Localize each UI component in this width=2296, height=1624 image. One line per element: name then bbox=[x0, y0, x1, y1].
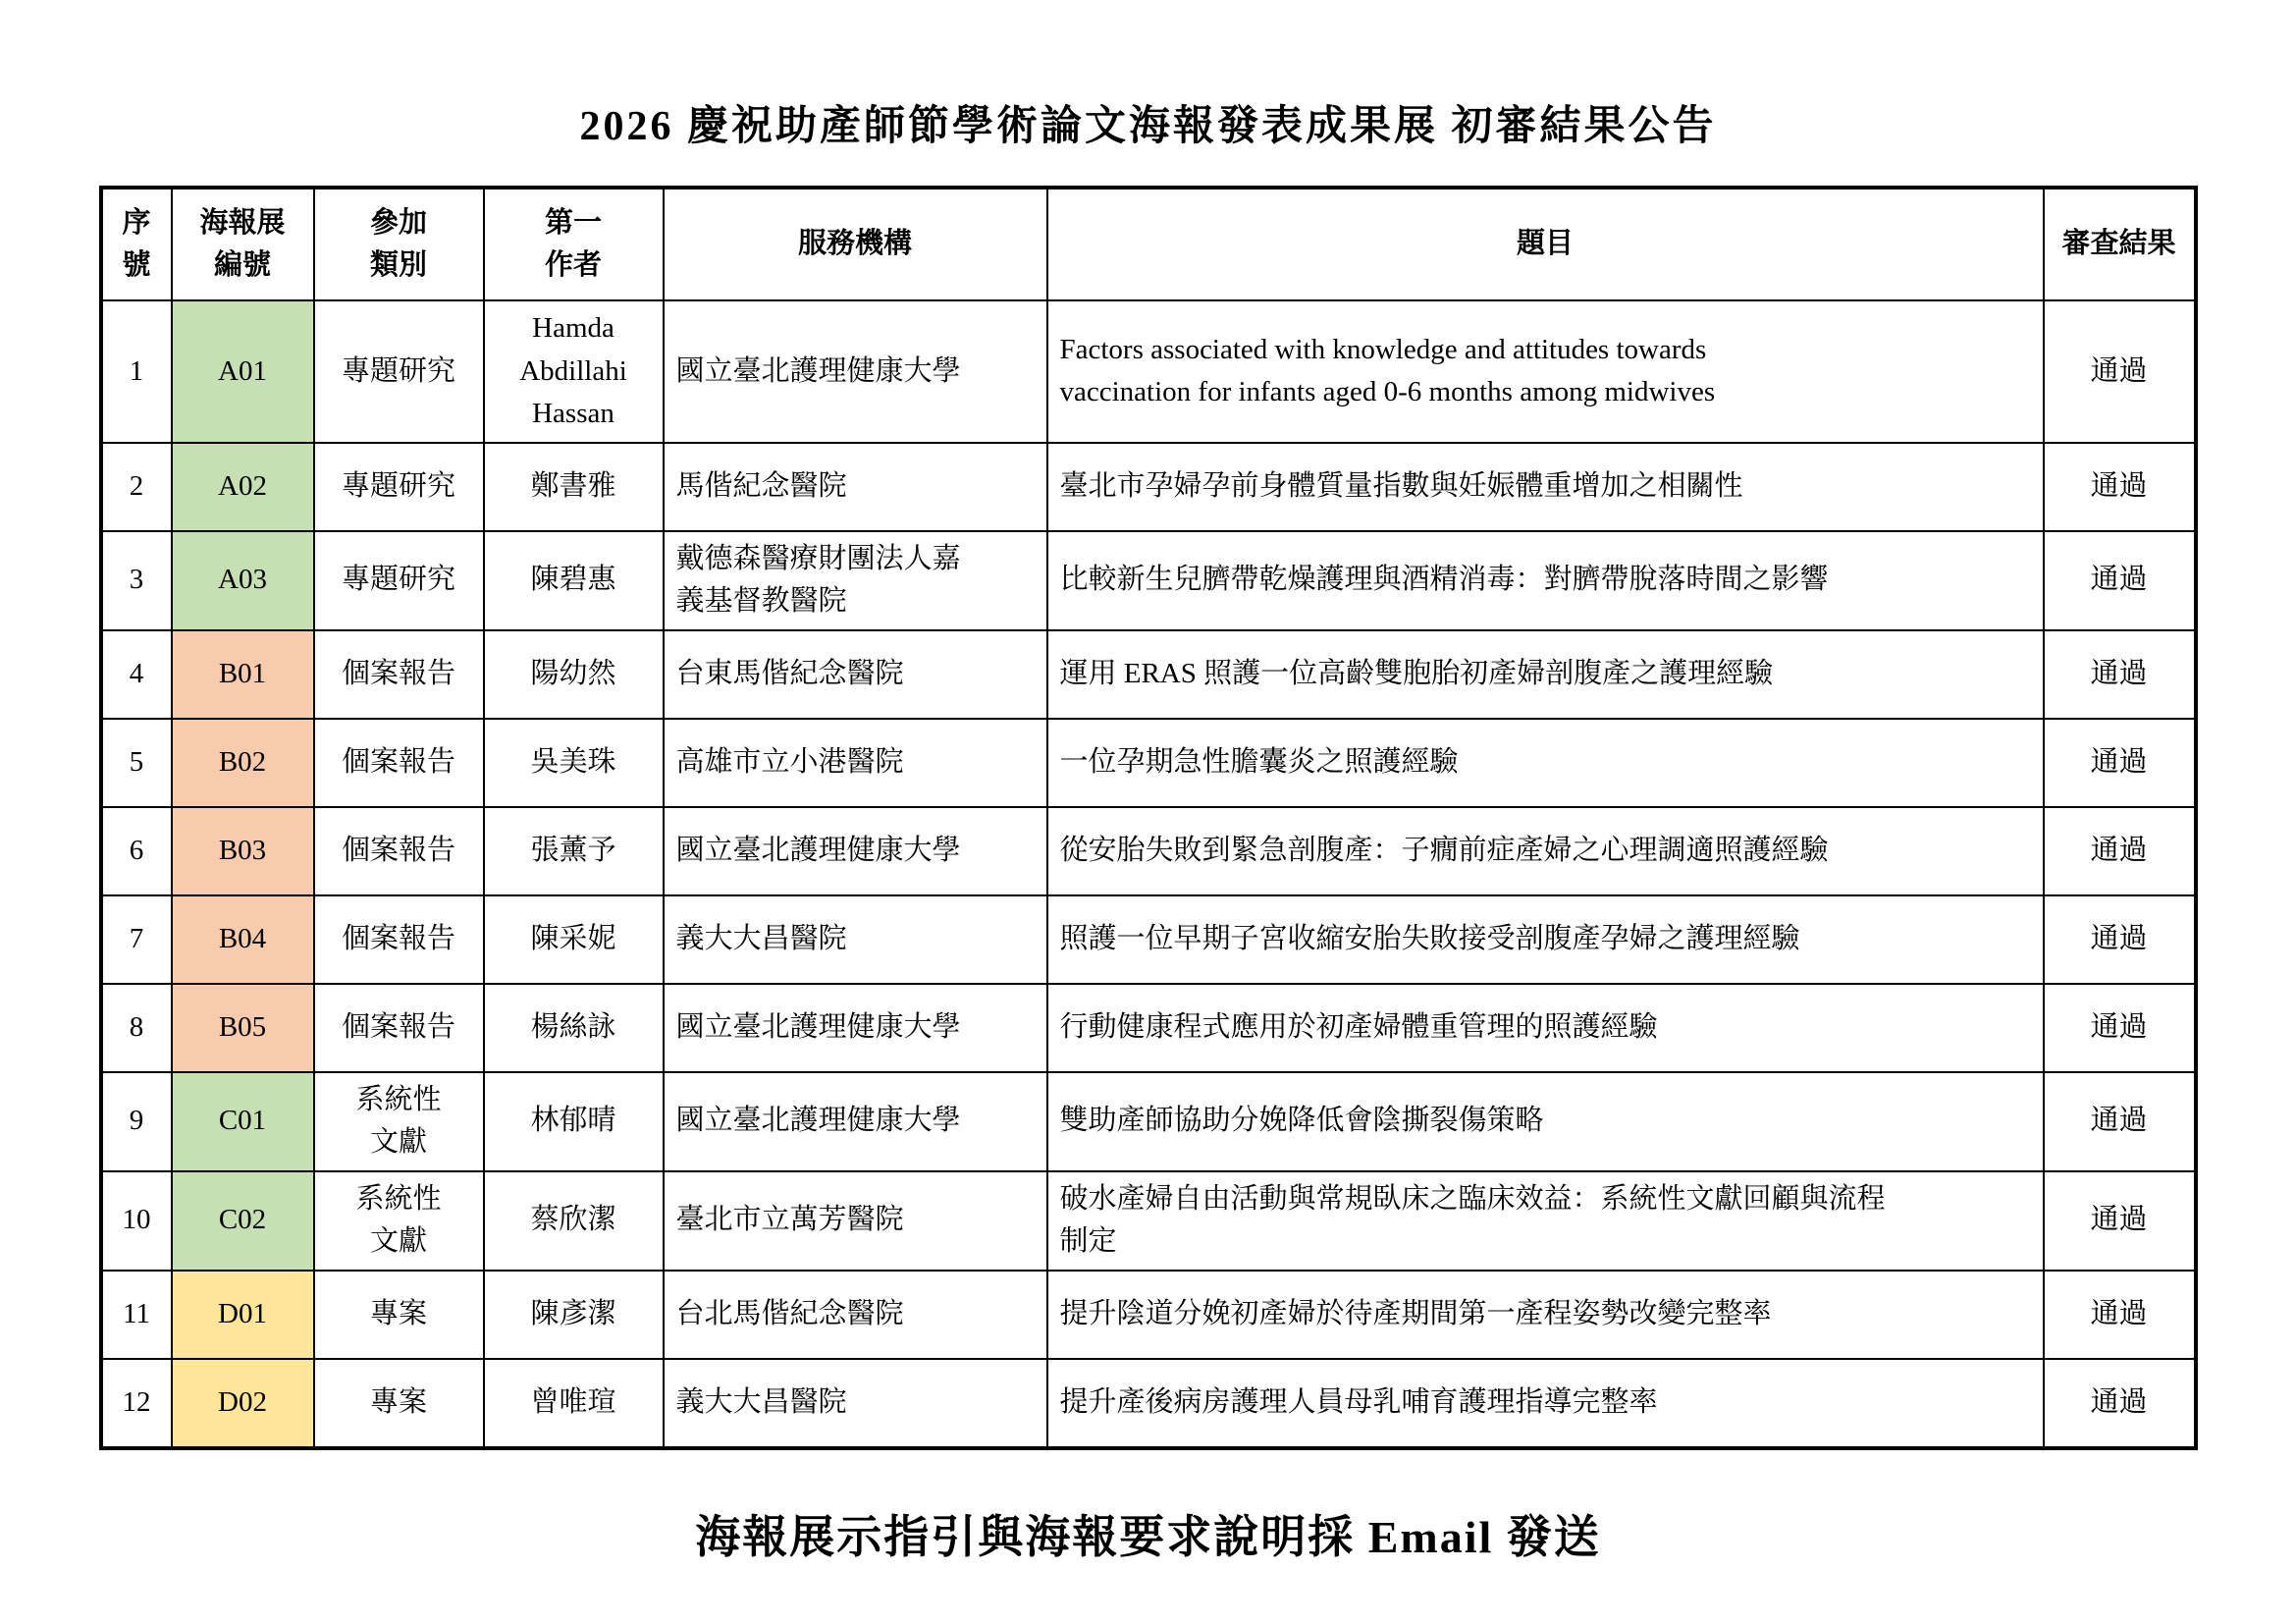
organization-cell: 高雄市立小港醫院 bbox=[664, 719, 1047, 807]
poster-code-cell: D02 bbox=[172, 1359, 314, 1448]
table-row: 7B04個案報告陳采妮義大大昌醫院照護一位早期子宮收縮安胎失敗接受剖腹產孕婦之護… bbox=[101, 895, 2196, 984]
review-result-cell: 通過 bbox=[2044, 1072, 2196, 1171]
title-cell: 破水產婦自由活動與常規臥床之臨床效益：系統性文獻回顧與流程 制定 bbox=[1047, 1171, 2044, 1271]
table-row: 10C02系統性 文獻蔡欣潔臺北市立萬芳醫院破水產婦自由活動與常規臥床之臨床效益… bbox=[101, 1171, 2196, 1271]
serial-number-cell: 3 bbox=[101, 531, 172, 630]
organization-cell: 戴德森醫療財團法人嘉 義基督教醫院 bbox=[664, 531, 1047, 630]
organization-cell: 台東馬偕紀念醫院 bbox=[664, 630, 1047, 719]
serial-number-cell: 12 bbox=[101, 1359, 172, 1448]
category-cell: 專案 bbox=[314, 1359, 484, 1448]
poster-code-cell: C02 bbox=[172, 1171, 314, 1271]
category-cell: 系統性 文獻 bbox=[314, 1072, 484, 1171]
header-row: 序 號 海報展 編號 參加 類別 第一 作者 服務機構 題目 審查結果 bbox=[101, 188, 2196, 300]
first-author-cell: 陽幼然 bbox=[484, 630, 664, 719]
review-result-cell: 通過 bbox=[2044, 630, 2196, 719]
table-row: 1A01專題研究Hamda Abdillahi Hassan國立臺北護理健康大學… bbox=[101, 300, 2196, 443]
title-cell: 照護一位早期子宮收縮安胎失敗接受剖腹產孕婦之護理經驗 bbox=[1047, 895, 2044, 984]
first-author-cell: Hamda Abdillahi Hassan bbox=[484, 300, 664, 443]
results-table-header: 序 號 海報展 編號 參加 類別 第一 作者 服務機構 題目 審查結果 bbox=[101, 188, 2196, 300]
first-author-cell: 陳采妮 bbox=[484, 895, 664, 984]
title-cell: 臺北市孕婦孕前身體質量指數與妊娠體重增加之相關性 bbox=[1047, 443, 2044, 531]
table-row: 6B03個案報告張薰予國立臺北護理健康大學從安胎失敗到緊急剖腹產：子癇前症產婦之… bbox=[101, 807, 2196, 895]
header-first-author: 第一 作者 bbox=[484, 188, 664, 300]
category-cell: 個案報告 bbox=[314, 895, 484, 984]
serial-number-cell: 1 bbox=[101, 300, 172, 443]
serial-number-cell: 5 bbox=[101, 719, 172, 807]
table-row: 8B05個案報告楊絲詠國立臺北護理健康大學行動健康程式應用於初產婦體重管理的照護… bbox=[101, 984, 2196, 1072]
title-cell: 行動健康程式應用於初產婦體重管理的照護經驗 bbox=[1047, 984, 2044, 1072]
organization-cell: 國立臺北護理健康大學 bbox=[664, 984, 1047, 1072]
header-poster-code: 海報展 編號 bbox=[172, 188, 314, 300]
poster-code-cell: A02 bbox=[172, 443, 314, 531]
category-cell: 系統性 文獻 bbox=[314, 1171, 484, 1271]
poster-code-cell: B03 bbox=[172, 807, 314, 895]
poster-code-cell: D01 bbox=[172, 1271, 314, 1359]
review-result-cell: 通過 bbox=[2044, 984, 2196, 1072]
review-result-cell: 通過 bbox=[2044, 300, 2196, 443]
review-result-cell: 通過 bbox=[2044, 1271, 2196, 1359]
category-cell: 專題研究 bbox=[314, 443, 484, 531]
title-cell: 提升產後病房護理人員母乳哺育護理指導完整率 bbox=[1047, 1359, 2044, 1448]
first-author-cell: 張薰予 bbox=[484, 807, 664, 895]
poster-code-cell: B02 bbox=[172, 719, 314, 807]
table-row: 5B02個案報告吳美珠高雄市立小港醫院一位孕期急性膽囊炎之照護經驗通過 bbox=[101, 719, 2196, 807]
review-result-cell: 通過 bbox=[2044, 531, 2196, 630]
review-result-cell: 通過 bbox=[2044, 807, 2196, 895]
table-row: 2A02專題研究鄭書雅馬偕紀念醫院臺北市孕婦孕前身體質量指數與妊娠體重增加之相關… bbox=[101, 443, 2196, 531]
title-cell: 從安胎失敗到緊急剖腹產：子癇前症產婦之心理調適照護經驗 bbox=[1047, 807, 2044, 895]
first-author-cell: 曾唯瑄 bbox=[484, 1359, 664, 1448]
organization-cell: 台北馬偕紀念醫院 bbox=[664, 1271, 1047, 1359]
poster-code-cell: C01 bbox=[172, 1072, 314, 1171]
title-cell: 提升陰道分娩初產婦於待產期間第一產程姿勢改變完整率 bbox=[1047, 1271, 2044, 1359]
title-cell: Factors associated with knowledge and at… bbox=[1047, 300, 2044, 443]
results-table-body: 1A01專題研究Hamda Abdillahi Hassan國立臺北護理健康大學… bbox=[101, 300, 2196, 1448]
review-result-cell: 通過 bbox=[2044, 719, 2196, 807]
organization-cell: 義大大昌醫院 bbox=[664, 1359, 1047, 1448]
serial-number-cell: 2 bbox=[101, 443, 172, 531]
serial-number-cell: 8 bbox=[101, 984, 172, 1072]
organization-cell: 義大大昌醫院 bbox=[664, 895, 1047, 984]
first-author-cell: 吳美珠 bbox=[484, 719, 664, 807]
table-row: 4B01個案報告陽幼然台東馬偕紀念醫院運用 ERAS 照護一位高齡雙胞胎初產婦剖… bbox=[101, 630, 2196, 719]
review-result-cell: 通過 bbox=[2044, 1359, 2196, 1448]
title-cell: 雙助產師協助分娩降低會陰撕裂傷策略 bbox=[1047, 1072, 2044, 1171]
table-row: 9C01系統性 文獻林郁晴國立臺北護理健康大學雙助產師協助分娩降低會陰撕裂傷策略… bbox=[101, 1072, 2196, 1171]
first-author-cell: 蔡欣潔 bbox=[484, 1171, 664, 1271]
organization-cell: 國立臺北護理健康大學 bbox=[664, 807, 1047, 895]
serial-number-cell: 6 bbox=[101, 807, 172, 895]
header-organization: 服務機構 bbox=[664, 188, 1047, 300]
first-author-cell: 陳碧惠 bbox=[484, 531, 664, 630]
category-cell: 專案 bbox=[314, 1271, 484, 1359]
organization-cell: 馬偕紀念醫院 bbox=[664, 443, 1047, 531]
title-cell: 運用 ERAS 照護一位高齡雙胞胎初產婦剖腹產之護理經驗 bbox=[1047, 630, 2044, 719]
category-cell: 專題研究 bbox=[314, 531, 484, 630]
serial-number-cell: 9 bbox=[101, 1072, 172, 1171]
page-title: 2026 慶祝助產師節學術論文海報發表成果展 初審結果公告 bbox=[0, 0, 2296, 152]
review-result-cell: 通過 bbox=[2044, 895, 2196, 984]
poster-code-cell: A01 bbox=[172, 300, 314, 443]
review-result-cell: 通過 bbox=[2044, 443, 2196, 531]
title-cell: 一位孕期急性膽囊炎之照護經驗 bbox=[1047, 719, 2044, 807]
serial-number-cell: 4 bbox=[101, 630, 172, 719]
category-cell: 個案報告 bbox=[314, 719, 484, 807]
first-author-cell: 陳彥潔 bbox=[484, 1271, 664, 1359]
footer-note: 海報展示指引與海報要求說明採 Email 發送 bbox=[0, 1501, 2296, 1566]
serial-number-cell: 7 bbox=[101, 895, 172, 984]
first-author-cell: 林郁晴 bbox=[484, 1072, 664, 1171]
table-row: 11D01專案陳彥潔台北馬偕紀念醫院提升陰道分娩初產婦於待產期間第一產程姿勢改變… bbox=[101, 1271, 2196, 1359]
category-cell: 個案報告 bbox=[314, 807, 484, 895]
category-cell: 專題研究 bbox=[314, 300, 484, 443]
review-result-cell: 通過 bbox=[2044, 1171, 2196, 1271]
poster-code-cell: B01 bbox=[172, 630, 314, 719]
table-row: 3A03專題研究陳碧惠戴德森醫療財團法人嘉 義基督教醫院比較新生兒臍帶乾燥護理與… bbox=[101, 531, 2196, 630]
header-review-result: 審查結果 bbox=[2044, 188, 2196, 300]
header-category: 參加 類別 bbox=[314, 188, 484, 300]
first-author-cell: 鄭書雅 bbox=[484, 443, 664, 531]
table-row: 12D02專案曾唯瑄義大大昌醫院提升產後病房護理人員母乳哺育護理指導完整率通過 bbox=[101, 1359, 2196, 1448]
poster-code-cell: B05 bbox=[172, 984, 314, 1072]
title-cell: 比較新生兒臍帶乾燥護理與酒精消毒：對臍帶脫落時間之影響 bbox=[1047, 531, 2044, 630]
category-cell: 個案報告 bbox=[314, 630, 484, 719]
poster-code-cell: A03 bbox=[172, 531, 314, 630]
header-serial-number: 序 號 bbox=[101, 188, 172, 300]
serial-number-cell: 11 bbox=[101, 1271, 172, 1359]
organization-cell: 國立臺北護理健康大學 bbox=[664, 1072, 1047, 1171]
serial-number-cell: 10 bbox=[101, 1171, 172, 1271]
organization-cell: 臺北市立萬芳醫院 bbox=[664, 1171, 1047, 1271]
poster-code-cell: B04 bbox=[172, 895, 314, 984]
results-table: 序 號 海報展 編號 參加 類別 第一 作者 服務機構 題目 審查結果 1A01… bbox=[99, 186, 2198, 1450]
organization-cell: 國立臺北護理健康大學 bbox=[664, 300, 1047, 443]
header-title: 題目 bbox=[1047, 188, 2044, 300]
category-cell: 個案報告 bbox=[314, 984, 484, 1072]
first-author-cell: 楊絲詠 bbox=[484, 984, 664, 1072]
